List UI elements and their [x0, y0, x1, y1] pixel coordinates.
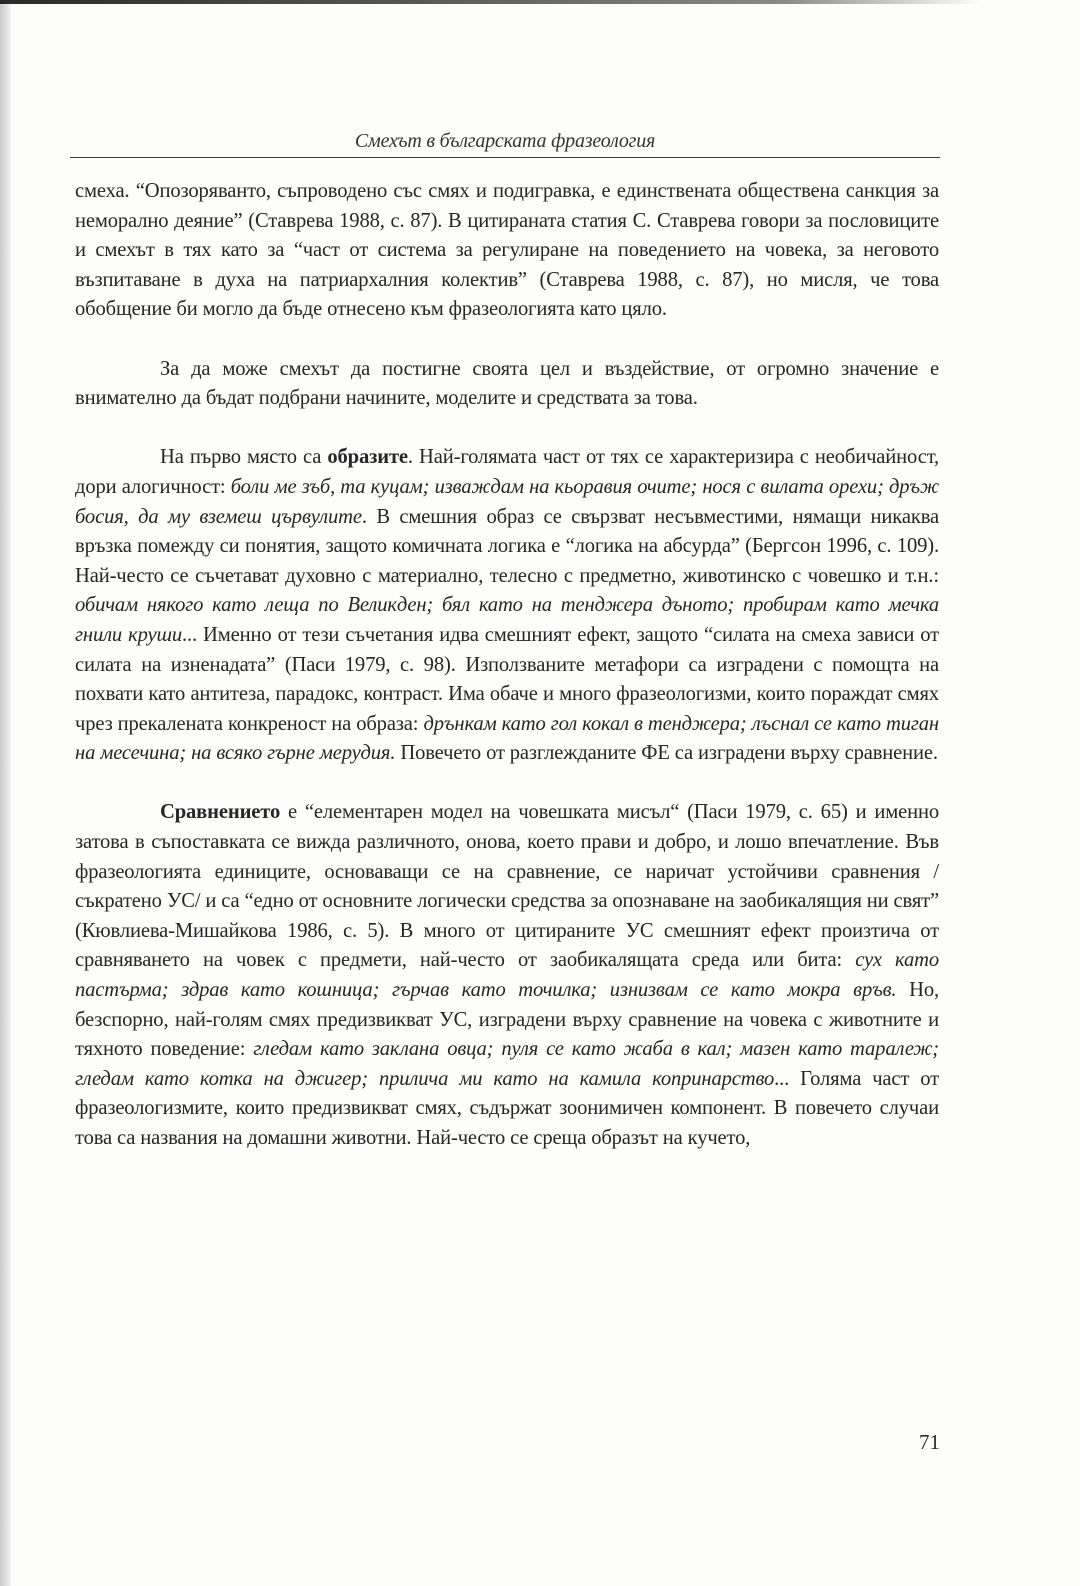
bold-term: образите [327, 446, 408, 468]
text-run: Повечето от разглежданите ФЕ са изграден… [395, 742, 938, 764]
running-header: Смехът в българската фразеология [70, 128, 940, 154]
book-page: Смехът в българската фразеология смеха. … [0, 0, 1080, 1586]
paragraph: Сравнението е “елементарен модел на чове… [75, 798, 939, 1153]
text-run: смеха. “Опозоряванто, съпроводено със см… [75, 180, 939, 320]
paragraph: На първо място са образите. Най-голямата… [75, 443, 939, 769]
text-run: За да може смехът да постигне своята цел… [75, 358, 939, 410]
header-rule [70, 157, 940, 158]
body-text: смеха. “Опозоряванто, съпроводено със см… [75, 177, 939, 1183]
paragraph: За да може смехът да постигне своята цел… [75, 355, 939, 414]
page-number: 71 [900, 1429, 940, 1455]
paragraph: смеха. “Опозоряванто, съпроводено със см… [75, 177, 939, 325]
bold-term: Сравнението [160, 801, 280, 823]
text-run: е “елементарен модел на човешката мисъл“… [75, 801, 939, 971]
text-run: На първо място са [160, 446, 327, 468]
